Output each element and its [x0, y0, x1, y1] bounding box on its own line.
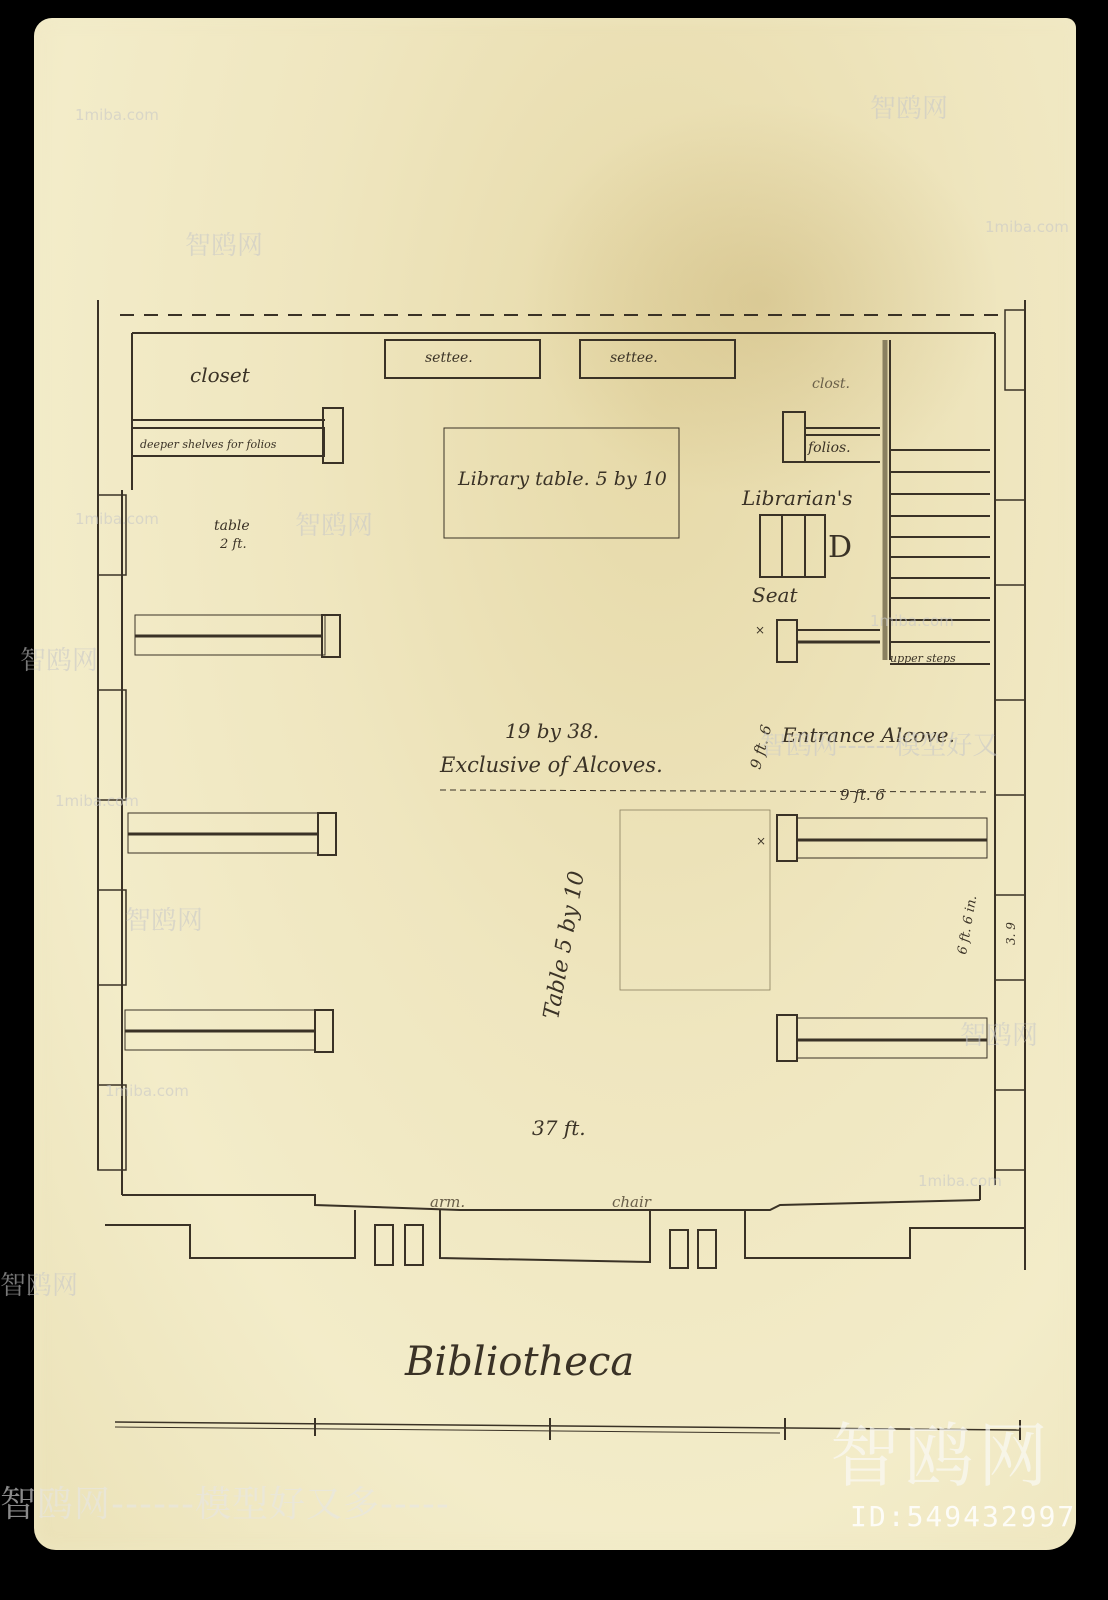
dim-horizontal-label: 9 ft. 6: [840, 786, 885, 804]
closet-left-label: closet: [190, 363, 251, 387]
watermark-site-4: 1miba.com: [870, 612, 954, 630]
settee-label-2: settee.: [610, 350, 658, 366]
small-table-label: table: [214, 518, 250, 534]
chair-symbol: D: [828, 530, 852, 565]
floor-plan: closet settee. settee. clost. deeper she…: [0, 0, 1108, 1600]
watermark-brand-5: 智鸥网: [125, 900, 203, 937]
upper-steps-label: upper steps: [890, 652, 956, 665]
length-label: 37 ft.: [532, 1116, 586, 1140]
watermark-brand-3: 智鸥网: [295, 505, 373, 542]
watermark-site-6: 1miba.com: [105, 1082, 189, 1100]
watermark-site-7: 1miba.com: [918, 1172, 1002, 1190]
shelf-left: [125, 615, 340, 1052]
watermark-brand-large: 智鸥网: [830, 1400, 1052, 1501]
closet-right-label: clost.: [812, 376, 850, 392]
watermark-partial: 智鸥网------模型好又: [760, 725, 998, 762]
drawing-title: Bibliotheca: [404, 1339, 634, 1385]
watermark-brand-6: 智鸥网: [960, 1015, 1038, 1052]
watermark-brand-2: 智鸥网: [185, 225, 263, 262]
settee-label-1: settee.: [425, 350, 473, 366]
mark-x-1: ×: [755, 623, 765, 637]
dim-right-label: 6 ft. 6 in.: [955, 894, 980, 955]
watermark-brand-7: 智鸥网: [0, 1265, 78, 1302]
librarians-label: Librarian's: [741, 486, 853, 510]
shelf-right: [777, 620, 987, 1061]
watermark-site-2: 1miba.com: [985, 218, 1069, 236]
window-dim-label: 3. 9: [1004, 922, 1018, 945]
folios-label: folios.: [807, 440, 851, 456]
library-table-label: Library table. 5 by 10: [457, 468, 667, 490]
chair-label: chair: [612, 1193, 652, 1211]
watermark-site-1: 1miba.com: [75, 106, 159, 124]
small-table-size: 2 ft.: [219, 537, 247, 552]
center-table-label: Table 5 by 10: [539, 869, 590, 1021]
seat-label: Seat: [752, 583, 798, 607]
watermark-slogan: 智鸥网------模型好又多-----: [0, 1476, 450, 1527]
deeper-shelves-label: deeper shelves for folios: [140, 438, 277, 451]
watermark-brand-1: 智鸥网: [870, 88, 948, 125]
watermark-site-5: 1miba.com: [55, 792, 139, 810]
arm-label: arm.: [430, 1193, 465, 1211]
mark-x-2: ×: [756, 834, 766, 848]
watermark-id: ID:549432997: [850, 1500, 1076, 1533]
watermark-site-3: 1miba.com: [75, 510, 159, 528]
room-dimensions: 19 by 38.: [505, 719, 599, 743]
watermark-brand-4: 智鸥网: [20, 640, 98, 677]
room-note: Exclusive of Alcoves.: [439, 753, 663, 777]
